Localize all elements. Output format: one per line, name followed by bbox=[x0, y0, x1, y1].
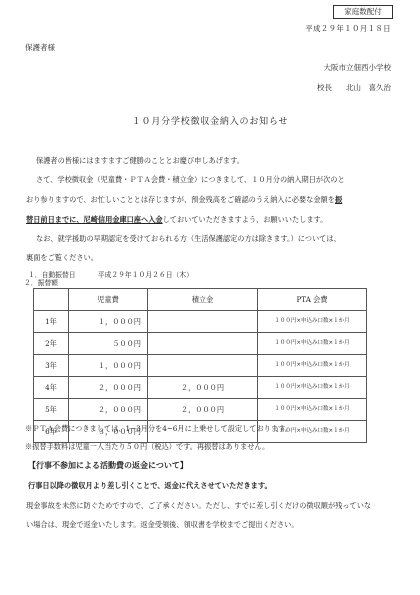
grade-cell: 3年 bbox=[34, 355, 69, 377]
grade-cell: 1年 bbox=[34, 311, 69, 333]
pta-fee-cell: １００円×申込み口数×１か月 bbox=[258, 399, 367, 421]
distribution-label: 家庭数配付 bbox=[333, 5, 393, 19]
pta-note: ※ＰＴＡ会費につきましては、1~3月分を4~6月に上乗せして設定しております。 bbox=[25, 425, 397, 432]
paragraph-line: おり参りますので、お忙しいこととは存じますが、預金残高をご確認のうえ納入に必要な… bbox=[26, 196, 398, 203]
fees-table: 児童費 積立金 PTA 会費 1年 １，０００円 １００円×申込み口数×１か月 … bbox=[33, 288, 367, 443]
principal-title: 校長 bbox=[317, 83, 332, 92]
paragraph-line: 替日前日までに、尼崎信用金庫口座へ入金しておいていただきますよう、お願いいたしま… bbox=[26, 216, 398, 223]
greeting: 保護者の皆様にはますますご健勝のこととお慶び申しあげます。 bbox=[36, 157, 408, 164]
jido-fee-cell: １，０００円 bbox=[69, 311, 148, 333]
emphasis-text: 振 bbox=[335, 195, 342, 204]
refund-line: い場合は、現金で返金いたします。返金受領後、領収書を学校までご提出ください。 bbox=[26, 521, 398, 528]
column-header: PTA 会費 bbox=[258, 289, 367, 311]
grade-cell: 4年 bbox=[34, 377, 69, 399]
jido-fee-cell: １，０００円 bbox=[69, 355, 148, 377]
emphasis-text: 替日前日までに、尼崎信用金庫口座へ入金 bbox=[26, 215, 163, 224]
fee-note: ※振替手数料は児童一人当たり５０円（税込）です。再振替はありません。 bbox=[25, 443, 397, 450]
transfer-date-row: １．自動振替日 平成２９年１０月２６日（木） bbox=[28, 272, 193, 279]
column-header: 児童費 bbox=[69, 289, 148, 311]
jido-fee-cell: ２，０００円 bbox=[69, 377, 148, 399]
transfer-date-label: １．自動振替日 bbox=[28, 271, 76, 279]
tsumitate-cell: ２，０００円 bbox=[148, 377, 258, 399]
table-row: 5年 ２，０００円 ２，０００円 １００円×申込み口数×１か月 bbox=[34, 399, 367, 421]
addressee: 保護者様 bbox=[25, 44, 55, 52]
issue-date: 平成２９年１０月１８日 bbox=[305, 25, 391, 33]
pta-fee-cell: １００円×申込み口数×１か月 bbox=[258, 377, 367, 399]
table-row: 1年 １，０００円 １００円×申込み口数×１か月 bbox=[34, 311, 367, 333]
jido-fee-cell: ２，０００円 bbox=[69, 399, 148, 421]
table-header-row: 児童費 積立金 PTA 会費 bbox=[34, 289, 367, 311]
school-name: 大阪市立佃西小学校 bbox=[324, 64, 392, 72]
grade-cell: 2年 bbox=[34, 333, 69, 355]
grade-cell: 5年 bbox=[34, 399, 69, 421]
principal-signature: 校長北山 喜久治 bbox=[317, 84, 391, 92]
refund-line: 現金事故を未然に防ぐためですので、ご了承ください。ただし、すでに差し引くだけの徴… bbox=[26, 502, 398, 509]
table-row: 3年 １，０００円 １００円×申込み口数×１か月 bbox=[34, 355, 367, 377]
refund-bold-line: 行事日以降の徴収月より差し引くことで、返金に代えさせていただきます。 bbox=[28, 482, 272, 489]
tsumitate-cell: ２，０００円 bbox=[148, 399, 258, 421]
table-row: 2年 ５００円 １００円×申込み口数×１か月 bbox=[34, 333, 367, 355]
tsumitate-cell bbox=[148, 311, 258, 333]
transfer-date-value: 平成２９年１０月２６日（木） bbox=[98, 271, 193, 279]
paragraph-line: さて、学校徴収金（児童費・ＰＴＡ会費・積立金）につきまして、１０月分の納入期日が… bbox=[36, 176, 408, 183]
document-title: １０月分学校徴収金納入のお知らせ bbox=[0, 118, 420, 127]
tsumitate-cell bbox=[148, 355, 258, 377]
refund-section-heading: 【行事不参加による活動費の返金について】 bbox=[28, 461, 188, 469]
paragraph-line: 裏面をご覧ください。 bbox=[26, 254, 398, 261]
column-header: 積立金 bbox=[148, 289, 258, 311]
jido-fee-cell: ５００円 bbox=[69, 333, 148, 355]
tsumitate-cell bbox=[148, 333, 258, 355]
fees-label: ２．振替額 bbox=[24, 280, 58, 287]
paragraph-line: なお、就学援助の早期認定を受けておられる方（生活保護認定の方は除きます。）につい… bbox=[36, 235, 408, 242]
principal-name: 北山 喜久治 bbox=[346, 83, 391, 92]
table-row: 4年 ２，０００円 ２，０００円 １００円×申込み口数×１か月 bbox=[34, 377, 367, 399]
pta-fee-cell: １００円×申込み口数×１か月 bbox=[258, 355, 367, 377]
column-header bbox=[34, 289, 69, 311]
pta-fee-cell: １００円×申込み口数×１か月 bbox=[258, 333, 367, 355]
pta-fee-cell: １００円×申込み口数×１か月 bbox=[258, 311, 367, 333]
